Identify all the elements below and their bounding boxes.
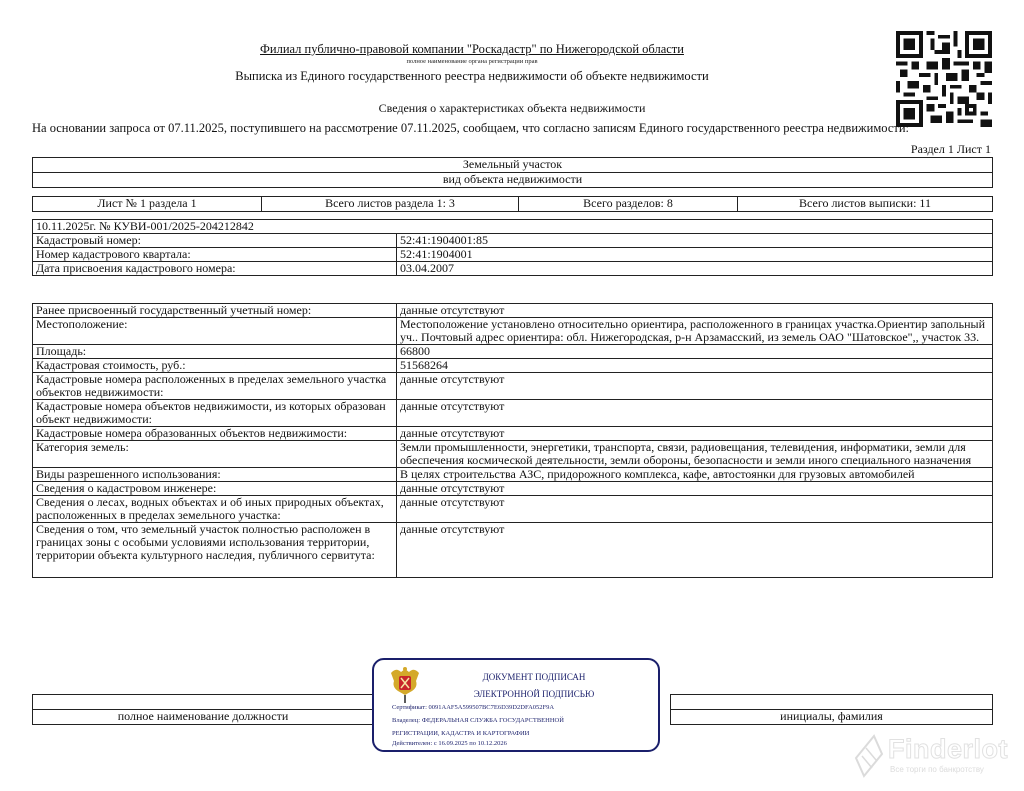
row-label: Номер кадастрового квартала: bbox=[33, 248, 397, 262]
row-value: данные отсутствуют bbox=[397, 482, 993, 496]
sheet-number: Лист № 1 раздела 1 bbox=[33, 197, 262, 212]
object-type-caption: вид объекта недвижимости bbox=[33, 173, 993, 188]
row-value: данные отсутствуют bbox=[397, 304, 993, 318]
table-row: Категория земель:Земли промышленности, э… bbox=[33, 441, 993, 468]
row-value: данные отсутствуют bbox=[397, 427, 993, 441]
section-sheet-position: Раздел 1 Лист 1 bbox=[911, 142, 991, 157]
table-row: Сведения о кадастровом инженере:данные о… bbox=[33, 482, 993, 496]
organization-caption: полное наименование органа регистрации п… bbox=[0, 58, 944, 65]
row-value: Местоположение установлено относительно … bbox=[397, 318, 993, 345]
table-row: Номер кадастрового квартала: 52:41:19040… bbox=[33, 248, 993, 262]
table-row: Кадастровые номера образованных объектов… bbox=[33, 427, 993, 441]
table-row: Кадастровая стоимость, руб.:51568264 bbox=[33, 359, 993, 373]
object-type: Земельный участок bbox=[33, 158, 993, 173]
row-label: Виды разрешенного использования: bbox=[33, 468, 397, 482]
row-label: Сведения о кадастровом инженере: bbox=[33, 482, 397, 496]
electronic-signature-stamp: ДОКУМЕНТ ПОДПИСАН ЭЛЕКТРОННОЙ ПОДПИСЬЮ С… bbox=[372, 658, 660, 752]
finderlot-watermark: Finderlot Все торги по банкротству bbox=[852, 732, 1022, 782]
table-row: Местоположение:Местоположение установлен… bbox=[33, 318, 993, 345]
coat-of-arms-icon bbox=[388, 665, 422, 703]
stamp-line-1: ДОКУМЕНТ ПОДПИСАН bbox=[434, 672, 634, 682]
stamp-owner-continued: РЕГИСТРАЦИИ, КАДАСТРА И КАРТОГРАФИИ bbox=[392, 730, 529, 737]
table-row: Сведения о том, что земельный участок по… bbox=[33, 523, 993, 578]
table-row: Кадастровые номера объектов недвижимости… bbox=[33, 400, 993, 427]
table-row: Дата присвоения кадастрового номера: 03.… bbox=[33, 262, 993, 276]
watermark-brand: Finderlot bbox=[888, 734, 1008, 765]
document-reference: 10.11.2025г. № КУВИ-001/2025-204212842 bbox=[33, 220, 993, 234]
row-label: Категория земель: bbox=[33, 441, 397, 468]
cadastral-summary-table: 10.11.2025г. № КУВИ-001/2025-204212842 К… bbox=[32, 219, 993, 276]
document-title: Выписка из Единого государственного реес… bbox=[0, 69, 944, 84]
stamp-certificate: Сертификат: 0091AAF5A599507BC7E6D39D2DFA… bbox=[392, 704, 554, 711]
row-label: Местоположение: bbox=[33, 318, 397, 345]
request-basis-text: На основании запроса от 07.11.2025, пост… bbox=[32, 121, 909, 136]
assignment-date: 03.04.2007 bbox=[397, 262, 993, 276]
row-value: 66800 bbox=[397, 345, 993, 359]
cadastral-quarter: 52:41:1904001 bbox=[397, 248, 993, 262]
stamp-validity: Действителен: с 16.09.2025 по 10.12.2026 bbox=[392, 740, 507, 747]
total-extract-sheets: Всего листов выписки: 11 bbox=[738, 197, 993, 212]
row-label: Кадастровые номера образованных объектов… bbox=[33, 427, 397, 441]
table-row: Виды разрешенного использования:В целях … bbox=[33, 468, 993, 482]
finderlot-logo-icon bbox=[852, 734, 886, 778]
row-label: Кадастровые номера расположенных в преде… bbox=[33, 373, 397, 400]
position-caption: полное наименование должности bbox=[33, 710, 374, 725]
table-row: Сведения о лесах, водных объектах и об и… bbox=[33, 496, 993, 523]
section-title: Сведения о характеристиках объекта недви… bbox=[0, 101, 1024, 116]
row-label: Дата присвоения кадастрового номера: bbox=[33, 262, 397, 276]
row-label: Кадастровый номер: bbox=[33, 234, 397, 248]
attributes-table: Ранее присвоенный государственный учетны… bbox=[32, 303, 993, 578]
name-caption: инициалы, фамилия bbox=[671, 710, 993, 725]
table-row: Площадь:66800 bbox=[33, 345, 993, 359]
total-section-sheets: Всего листов раздела 1: 3 bbox=[262, 197, 519, 212]
stamp-line-2: ЭЛЕКТРОННОЙ ПОДПИСЬЮ bbox=[434, 689, 634, 699]
row-value: В целях строительства АЗС, придорожного … bbox=[397, 468, 993, 482]
row-label: Кадастровая стоимость, руб.: bbox=[33, 359, 397, 373]
row-label: Сведения о том, что земельный участок по… bbox=[33, 523, 397, 578]
row-value: данные отсутствуют bbox=[397, 523, 993, 578]
position-field bbox=[33, 695, 374, 710]
object-type-table: Земельный участок вид объекта недвижимос… bbox=[32, 157, 993, 188]
row-label: Площадь: bbox=[33, 345, 397, 359]
cadastral-number: 52:41:1904001:85 bbox=[397, 234, 993, 248]
watermark-tagline: Все торги по банкротству bbox=[890, 765, 984, 774]
row-label: Сведения о лесах, водных объектах и об и… bbox=[33, 496, 397, 523]
table-row: Ранее присвоенный государственный учетны… bbox=[33, 304, 993, 318]
row-value: данные отсутствуют bbox=[397, 496, 993, 523]
row-label: Ранее присвоенный государственный учетны… bbox=[33, 304, 397, 318]
row-value: данные отсутствуют bbox=[397, 373, 993, 400]
row-label: Кадастровые номера объектов недвижимости… bbox=[33, 400, 397, 427]
sheet-info-table: Лист № 1 раздела 1 Всего листов раздела … bbox=[32, 196, 993, 212]
name-field bbox=[671, 695, 993, 710]
row-value: данные отсутствуют bbox=[397, 400, 993, 427]
stamp-owner: Владелец: ФЕДЕРАЛЬНАЯ СЛУЖБА ГОСУДАРСТВЕ… bbox=[392, 717, 564, 724]
total-sections: Всего разделов: 8 bbox=[519, 197, 738, 212]
organization-name: Филиал публично-правовой компании "Роска… bbox=[0, 42, 944, 57]
table-row: Кадастровые номера расположенных в преде… bbox=[33, 373, 993, 400]
row-value: 51568264 bbox=[397, 359, 993, 373]
table-row: Кадастровый номер: 52:41:1904001:85 bbox=[33, 234, 993, 248]
row-value: Земли промышленности, энергетики, трансп… bbox=[397, 441, 993, 468]
